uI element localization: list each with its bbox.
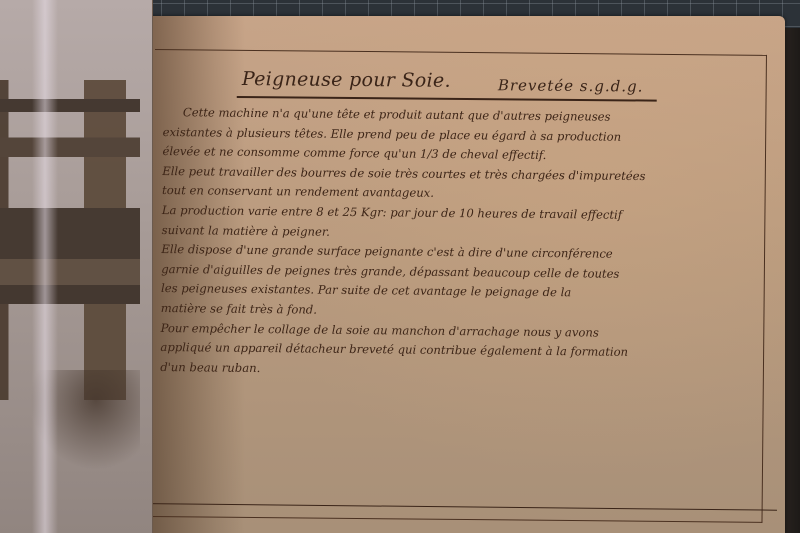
page-title: Peigneuse pour Soie. <box>242 68 451 92</box>
facing-photo-page <box>0 0 153 533</box>
photo-scene: Peigneuse pour Soie. Brevetée s.g.d.g. C… <box>0 0 800 533</box>
page-heading: Peigneuse pour Soie. Brevetée s.g.d.g. <box>242 68 757 106</box>
title-underline <box>237 96 657 102</box>
manuscript-page: Peigneuse pour Soie. Brevetée s.g.d.g. C… <box>145 16 785 533</box>
light-glare <box>32 0 58 533</box>
manuscript-body: Cette machine n'a qu'une tête et produit… <box>160 103 773 384</box>
machine-photo <box>0 80 140 400</box>
patent-note: Brevetée s.g.d.g. <box>498 76 644 95</box>
